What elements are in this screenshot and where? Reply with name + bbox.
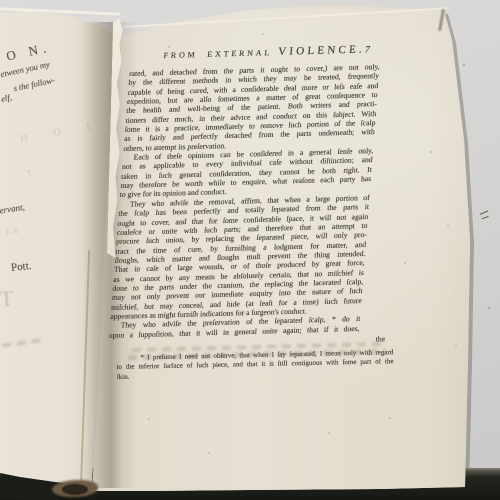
left-fragment-signature: Pott.	[10, 260, 32, 274]
foxing-speck	[262, 33, 264, 35]
foxing-speck	[352, 96, 354, 98]
foxing-speck	[148, 418, 150, 420]
foxing-speck	[328, 432, 330, 434]
left-fragment-line2: s the follow-	[12, 75, 55, 94]
gutter-shadow	[82, 22, 138, 488]
body-text: rated, and detached from the parts it ou…	[109, 62, 381, 340]
show-through-strip	[2, 338, 40, 347]
foxing-speck	[208, 452, 210, 454]
foxing-speck	[389, 417, 391, 419]
foxing-speck	[430, 151, 432, 153]
background-ink-mark	[482, 216, 490, 221]
book-photo-scene: O N. etween you my s the follow- elf, Se…	[0, 0, 500, 500]
show-through-letter: T	[26, 169, 32, 179]
running-title-large: VIOLENCE.	[278, 43, 366, 57]
worm-damage-core	[62, 484, 88, 495]
foxing-speck	[168, 46, 170, 48]
foxing-speck	[455, 345, 457, 347]
show-through-initials: B. A	[6, 227, 19, 237]
running-title-small: FROM EXTERNAL	[163, 48, 272, 60]
show-through-dropcap: T	[0, 285, 15, 312]
left-fragment-servant: Servant,	[0, 202, 25, 217]
foxing-speck	[404, 262, 406, 264]
left-fragment-line3: elf,	[0, 92, 12, 104]
foxing-speck	[447, 225, 449, 227]
page-number: 7	[365, 45, 371, 55]
dust-speck	[463, 64, 465, 66]
show-through-letters: J O H	[8, 122, 92, 147]
running-header: FROM EXTERNAL VIOLENCE. 7	[163, 43, 382, 63]
page-text-block: FROM EXTERNAL VIOLENCE. 7 rated, and det…	[109, 43, 382, 340]
dust-speck	[488, 307, 490, 309]
